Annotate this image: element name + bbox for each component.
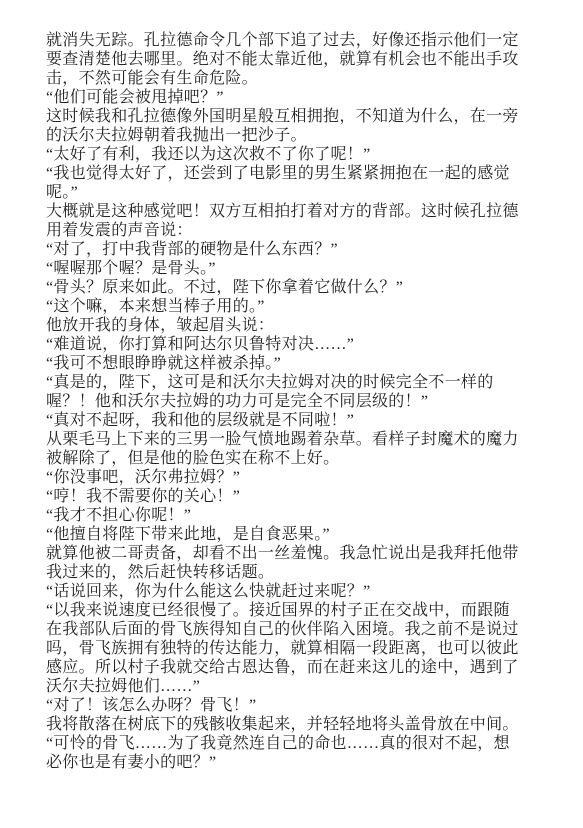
text-line: 沃尔夫拉姆他们……” (46, 677, 540, 696)
text-line: “对了，打中我背部的硬物是什么东西？” (46, 240, 540, 259)
text-line: “他擅自将陛下带来此地，是自食恶果。” (46, 525, 540, 544)
text-line: “这个嘛，本来想当棒子用的。” (46, 297, 540, 316)
text-line: 从栗毛马上下来的三男一脸气愤地踢着杂草。看样子封魔术的魔力 (46, 430, 540, 449)
text-line: “对了！该怎么办呀？骨飞！” (46, 696, 540, 715)
text-line: 吗，骨飞族拥有独特的传达能力，就算相隔一段距离，也可以彼此 (46, 639, 540, 658)
text-line: “我也觉得太好了，还尝到了电影里的男生紧紧拥抱在一起的感觉 (46, 164, 540, 183)
text-line: “难道说，你打算和阿达尔贝鲁特对决……” (46, 335, 540, 354)
text-line: 就算他被二哥责备，却看不出一丝羞愧。我急忙说出是我拜托他带 (46, 544, 540, 563)
text-line: “真对不起呀，我和他的层级就是不同啦！” (46, 411, 540, 430)
text-line: “真是的，陛下，这可是和沃尔夫拉姆对决的时候完全不一样的 (46, 373, 540, 392)
text-line: 就消失无踪。孔拉德命令几个部下追了过去，好像还指示他们一定 (46, 31, 540, 50)
text-line: 这时候我和孔拉德像外国明星般互相拥抱，不知道为什么，在一旁 (46, 107, 540, 126)
text-line: 大概就是这种感觉吧！双方互相拍打着对方的背部。这时候孔拉德 (46, 202, 540, 221)
text-line: “骨头？原来如此。不过，陛下你拿着它做什么？” (46, 278, 540, 297)
text-content: 就消失无踪。孔拉德命令几个部下追了过去，好像还指示他们一定要查清楚他去哪里。绝对… (46, 31, 540, 772)
text-line: 要查清楚他去哪里。绝对不能太靠近他，就算有机会也不能出手攻 (46, 50, 540, 69)
text-line: 被解除了，但是他的脸色实在称不上好。 (46, 449, 540, 468)
text-line: 用着发震的声音说： (46, 221, 540, 240)
text-line: “以我来说速度已经很慢了。接近国界的村子正在交战中，而跟随 (46, 601, 540, 620)
text-line: “哼！我不需要你的关心！” (46, 487, 540, 506)
text-line: 感应。所以村子我就交给古恩达鲁，而在赶来这儿的途中，遇到了 (46, 658, 540, 677)
text-line: “我才不担心你呢！” (46, 506, 540, 525)
text-line: 他放开我的身体，皱起眉头说： (46, 316, 540, 335)
text-line: 我过来的，然后赶快转移话题。 (46, 563, 540, 582)
text-line: “可怜的骨飞……为了我竟然连自己的命也……真的很对不起，想 (46, 734, 540, 753)
text-line: 必你也是有妻小的吧？” (46, 753, 540, 772)
text-line: “太好了有利，我还以为这次救不了你了呢！” (46, 145, 540, 164)
text-line: “他们可能会被甩掉吧？” (46, 88, 540, 107)
text-line: 击，不然可能会有生命危险。 (46, 69, 540, 88)
text-line: “喔喔那个喔？是骨头。” (46, 259, 540, 278)
text-line: 的沃尔夫拉姆朝着我抛出一把沙子。 (46, 126, 540, 145)
text-line: 呢。” (46, 183, 540, 202)
text-line: 我将散落在树底下的残骸收集起来，并轻轻地将头盖骨放在中间。 (46, 715, 540, 734)
text-line: 喔？！他和沃尔夫拉姆的功力可是完全不同层级的！” (46, 392, 540, 411)
text-line: 在我部队后面的骨飞族得知自己的伙伴陷入困境。我之前不是说过 (46, 620, 540, 639)
document-page: 就消失无踪。孔拉德命令几个部下追了过去，好像还指示他们一定要查清楚他去哪里。绝对… (0, 0, 583, 828)
text-line: “你没事吧，沃尔弗拉姆？” (46, 468, 540, 487)
text-line: “我可不想眼睁睁就这样被杀掉。” (46, 354, 540, 373)
text-line: “话说回来，你为什么能这么快就赶过来呢？” (46, 582, 540, 601)
